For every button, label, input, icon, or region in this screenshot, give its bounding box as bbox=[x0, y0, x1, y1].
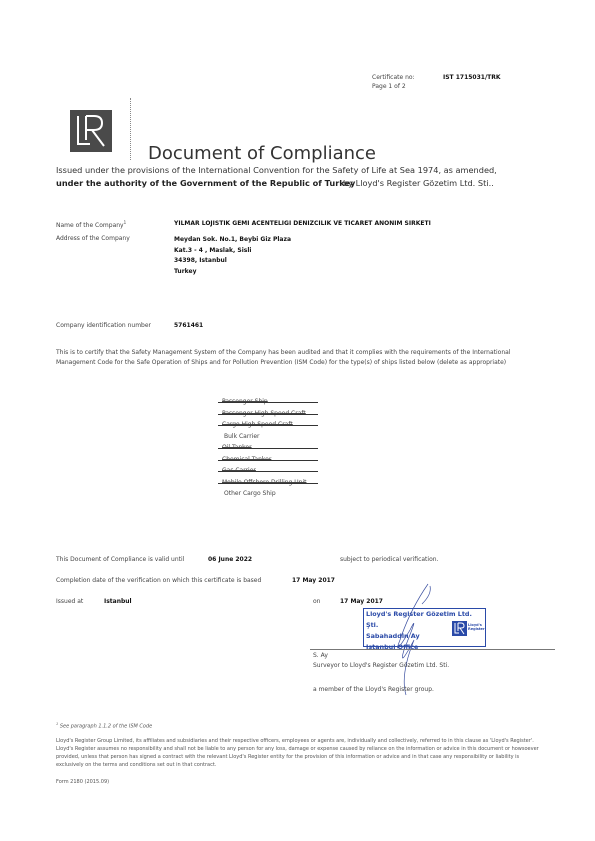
ship-type-item: Chemical Tanker bbox=[222, 454, 306, 466]
surveyor-name: S. Ay bbox=[313, 652, 328, 659]
lr-logo bbox=[70, 110, 112, 152]
company-id: 5761461 bbox=[174, 322, 203, 329]
company-name: YILMAR LOJISTIK GEMI ACENTELIGI DENIZCIL… bbox=[174, 220, 431, 227]
stamp-lr-logo-icon bbox=[452, 621, 467, 636]
ship-type-item: Passenger High Speed Craft bbox=[222, 408, 306, 420]
ship-type-item: Other Cargo Ship bbox=[222, 488, 306, 500]
ship-type-item: Gas Carrier bbox=[222, 465, 306, 477]
page-indicator: Page 1 of 2 bbox=[372, 83, 406, 90]
certify-paragraph: This is to certify that the Safety Manag… bbox=[56, 348, 546, 367]
member-statement: a member of the Lloyd's Register group. bbox=[313, 686, 434, 693]
company-name-label: Name of the Company1 bbox=[56, 220, 126, 229]
completion-label: Completion date of the verification on w… bbox=[56, 577, 261, 584]
issued-at-label: Issued at bbox=[56, 598, 83, 605]
periodical-verification: subject to periodical verification. bbox=[340, 556, 438, 563]
issued-authority: under the authority of the Government of… bbox=[56, 178, 355, 188]
issued-line-1: Issued under the provisions of the Inter… bbox=[56, 165, 497, 175]
disclaimer: Lloyd's Register Group Limited, its affi… bbox=[56, 737, 546, 769]
ship-type-item: Passenger Ship bbox=[222, 396, 306, 408]
certificate-number: IST 1715031/TRK bbox=[443, 74, 501, 81]
company-address: Meydan Sok. No.1, Beybi Giz Plaza Kat.3 … bbox=[174, 235, 291, 277]
document-title: Document of Compliance bbox=[148, 143, 376, 164]
ship-type-item: Mobile Offshore Drilling Unit bbox=[222, 477, 306, 489]
certificate-label: Certificate no: bbox=[372, 74, 415, 81]
on-label: on bbox=[313, 598, 320, 605]
form-number: Form 2180 (2015.09) bbox=[56, 779, 109, 785]
company-id-label: Company identification number bbox=[56, 322, 151, 329]
valid-until-label: This Document of Compliance is valid unt… bbox=[56, 556, 184, 563]
ship-type-item: Cargo High Speed Craft bbox=[222, 419, 306, 431]
issued-by: by Lloyd's Register Gözetim Ltd. Sti.. bbox=[343, 178, 494, 188]
divider bbox=[130, 98, 131, 160]
ship-type-item: Bulk Carrier bbox=[222, 431, 306, 443]
footnote: 1 See paragraph 1.1.2 of the ISM Code bbox=[56, 722, 152, 730]
company-address-label: Address of the Company bbox=[56, 235, 130, 242]
valid-until-date: 06 June 2022 bbox=[208, 556, 252, 563]
signature-line bbox=[310, 649, 555, 650]
issued-at-place: Istanbul bbox=[104, 598, 132, 605]
ship-types-list: Passenger ShipPassenger High Speed Craft… bbox=[222, 396, 306, 500]
signature-icon bbox=[370, 580, 440, 700]
ship-type-item: Oil Tanker bbox=[222, 442, 306, 454]
surveyor-role: Surveyor to Lloyd's Register Gözetim Ltd… bbox=[313, 662, 449, 669]
completion-date: 17 May 2017 bbox=[292, 577, 335, 584]
